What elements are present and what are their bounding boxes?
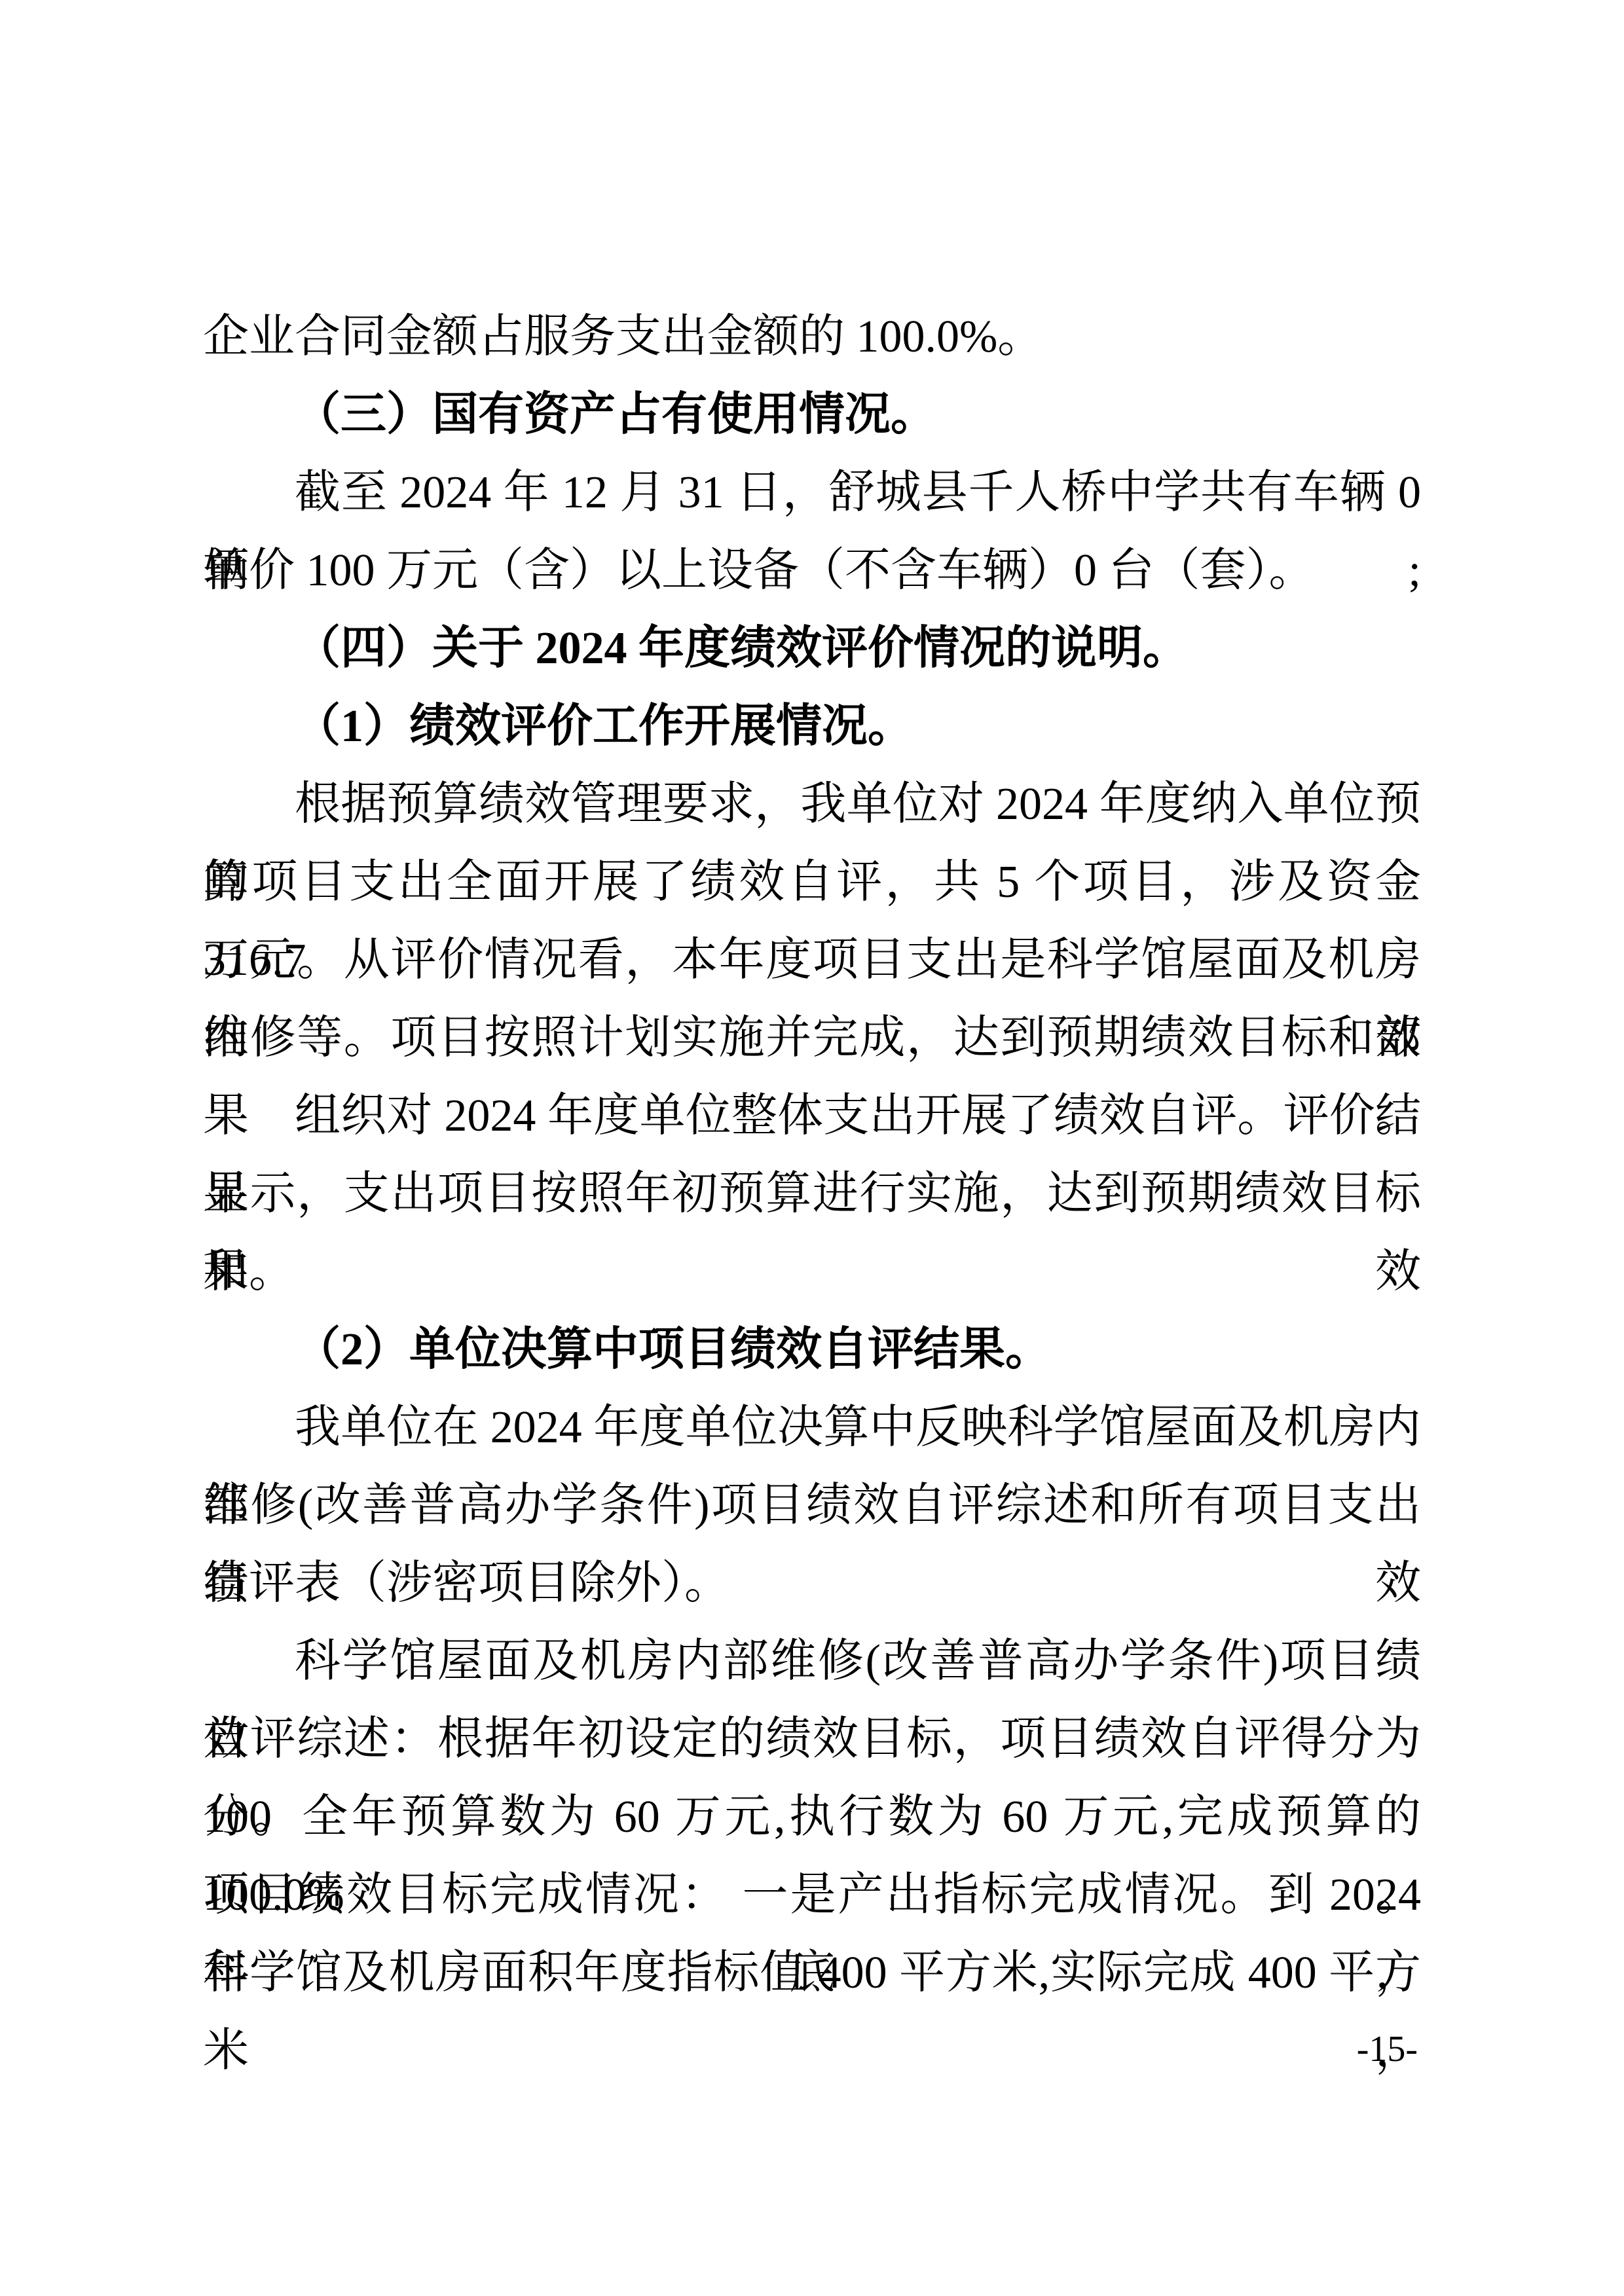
document-page: 企业合同金额占服务支出金额的 100.0%。 （三）国有资产占有使用情况。 截至… bbox=[0, 0, 1624, 2296]
page-number: -15- bbox=[1357, 2028, 1418, 2070]
paragraph-line: 万元。从评价情况看，本年度项目支出是科学馆屋面及机房内部 bbox=[203, 921, 1421, 999]
paragraph-line: 维修等。项目按照计划实施并完成，达到预期绩效目标和效果。 bbox=[203, 999, 1421, 1077]
paragraph-line: 截至 2024 年 12 月 31 日，舒城县千人桥中学共有车辆 0 辆; bbox=[203, 454, 1421, 532]
text-block: 企业合同金额占服务支出金额的 100.0%。 （三）国有资产占有使用情况。 截至… bbox=[203, 298, 1421, 2012]
section-heading: （三）国有资产占有使用情况。 bbox=[203, 376, 1421, 454]
paragraph-line: 分。全年预算数为 60 万元,执行数为 60 万元,完成预算的 100.0%。 bbox=[203, 1778, 1421, 1856]
paragraph-line: 我单位在 2024 年度单位决算中反映科学馆屋面及机房内部 bbox=[203, 1389, 1421, 1467]
paragraph-line: 项目绩效目标完成情况： 一是产出指标完成情况。到 2024 年底， bbox=[203, 1856, 1421, 1934]
paragraph-line: 自评综述：根据年初设定的绩效目标，项目绩效自评得分为 100 bbox=[203, 1700, 1421, 1778]
paragraph-line: 单价 100 万元（含）以上设备（不含车辆）0 台（套）。 bbox=[203, 532, 1421, 610]
paragraph-line: 的项目支出全面开展了绩效自评，共 5 个项目，涉及资金 316.7 bbox=[203, 843, 1421, 921]
sub-heading: （1）绩效评价工作开展情况。 bbox=[203, 687, 1421, 765]
paragraph-line: 科学馆及机房面积年度指标值 400 平方米,实际完成 400 平方米， bbox=[203, 1934, 1421, 2012]
section-heading: （四）关于 2024 年度绩效评价情况的说明。 bbox=[203, 610, 1421, 687]
sub-heading: （2）单位决算中项目绩效自评结果。 bbox=[203, 1311, 1421, 1389]
paragraph-line: 根据预算绩效管理要求，我单位对 2024 年度纳入单位预算 bbox=[203, 765, 1421, 843]
paragraph-line: 维修(改善普高办学条件)项目绩效自评综述和所有项目支出绩效 bbox=[203, 1467, 1421, 1544]
paragraph-line: 科学馆屋面及机房内部维修(改善普高办学条件)项目绩效 bbox=[203, 1622, 1421, 1700]
paragraph-line: 显示，支出项目按照年初预算进行实施，达到预期绩效目标和效 bbox=[203, 1155, 1421, 1233]
paragraph-line: 组织对 2024 年度单位整体支出开展了绩效自评。评价结果 bbox=[203, 1077, 1421, 1155]
paragraph-line: 企业合同金额占服务支出金额的 100.0%。 bbox=[203, 298, 1421, 376]
